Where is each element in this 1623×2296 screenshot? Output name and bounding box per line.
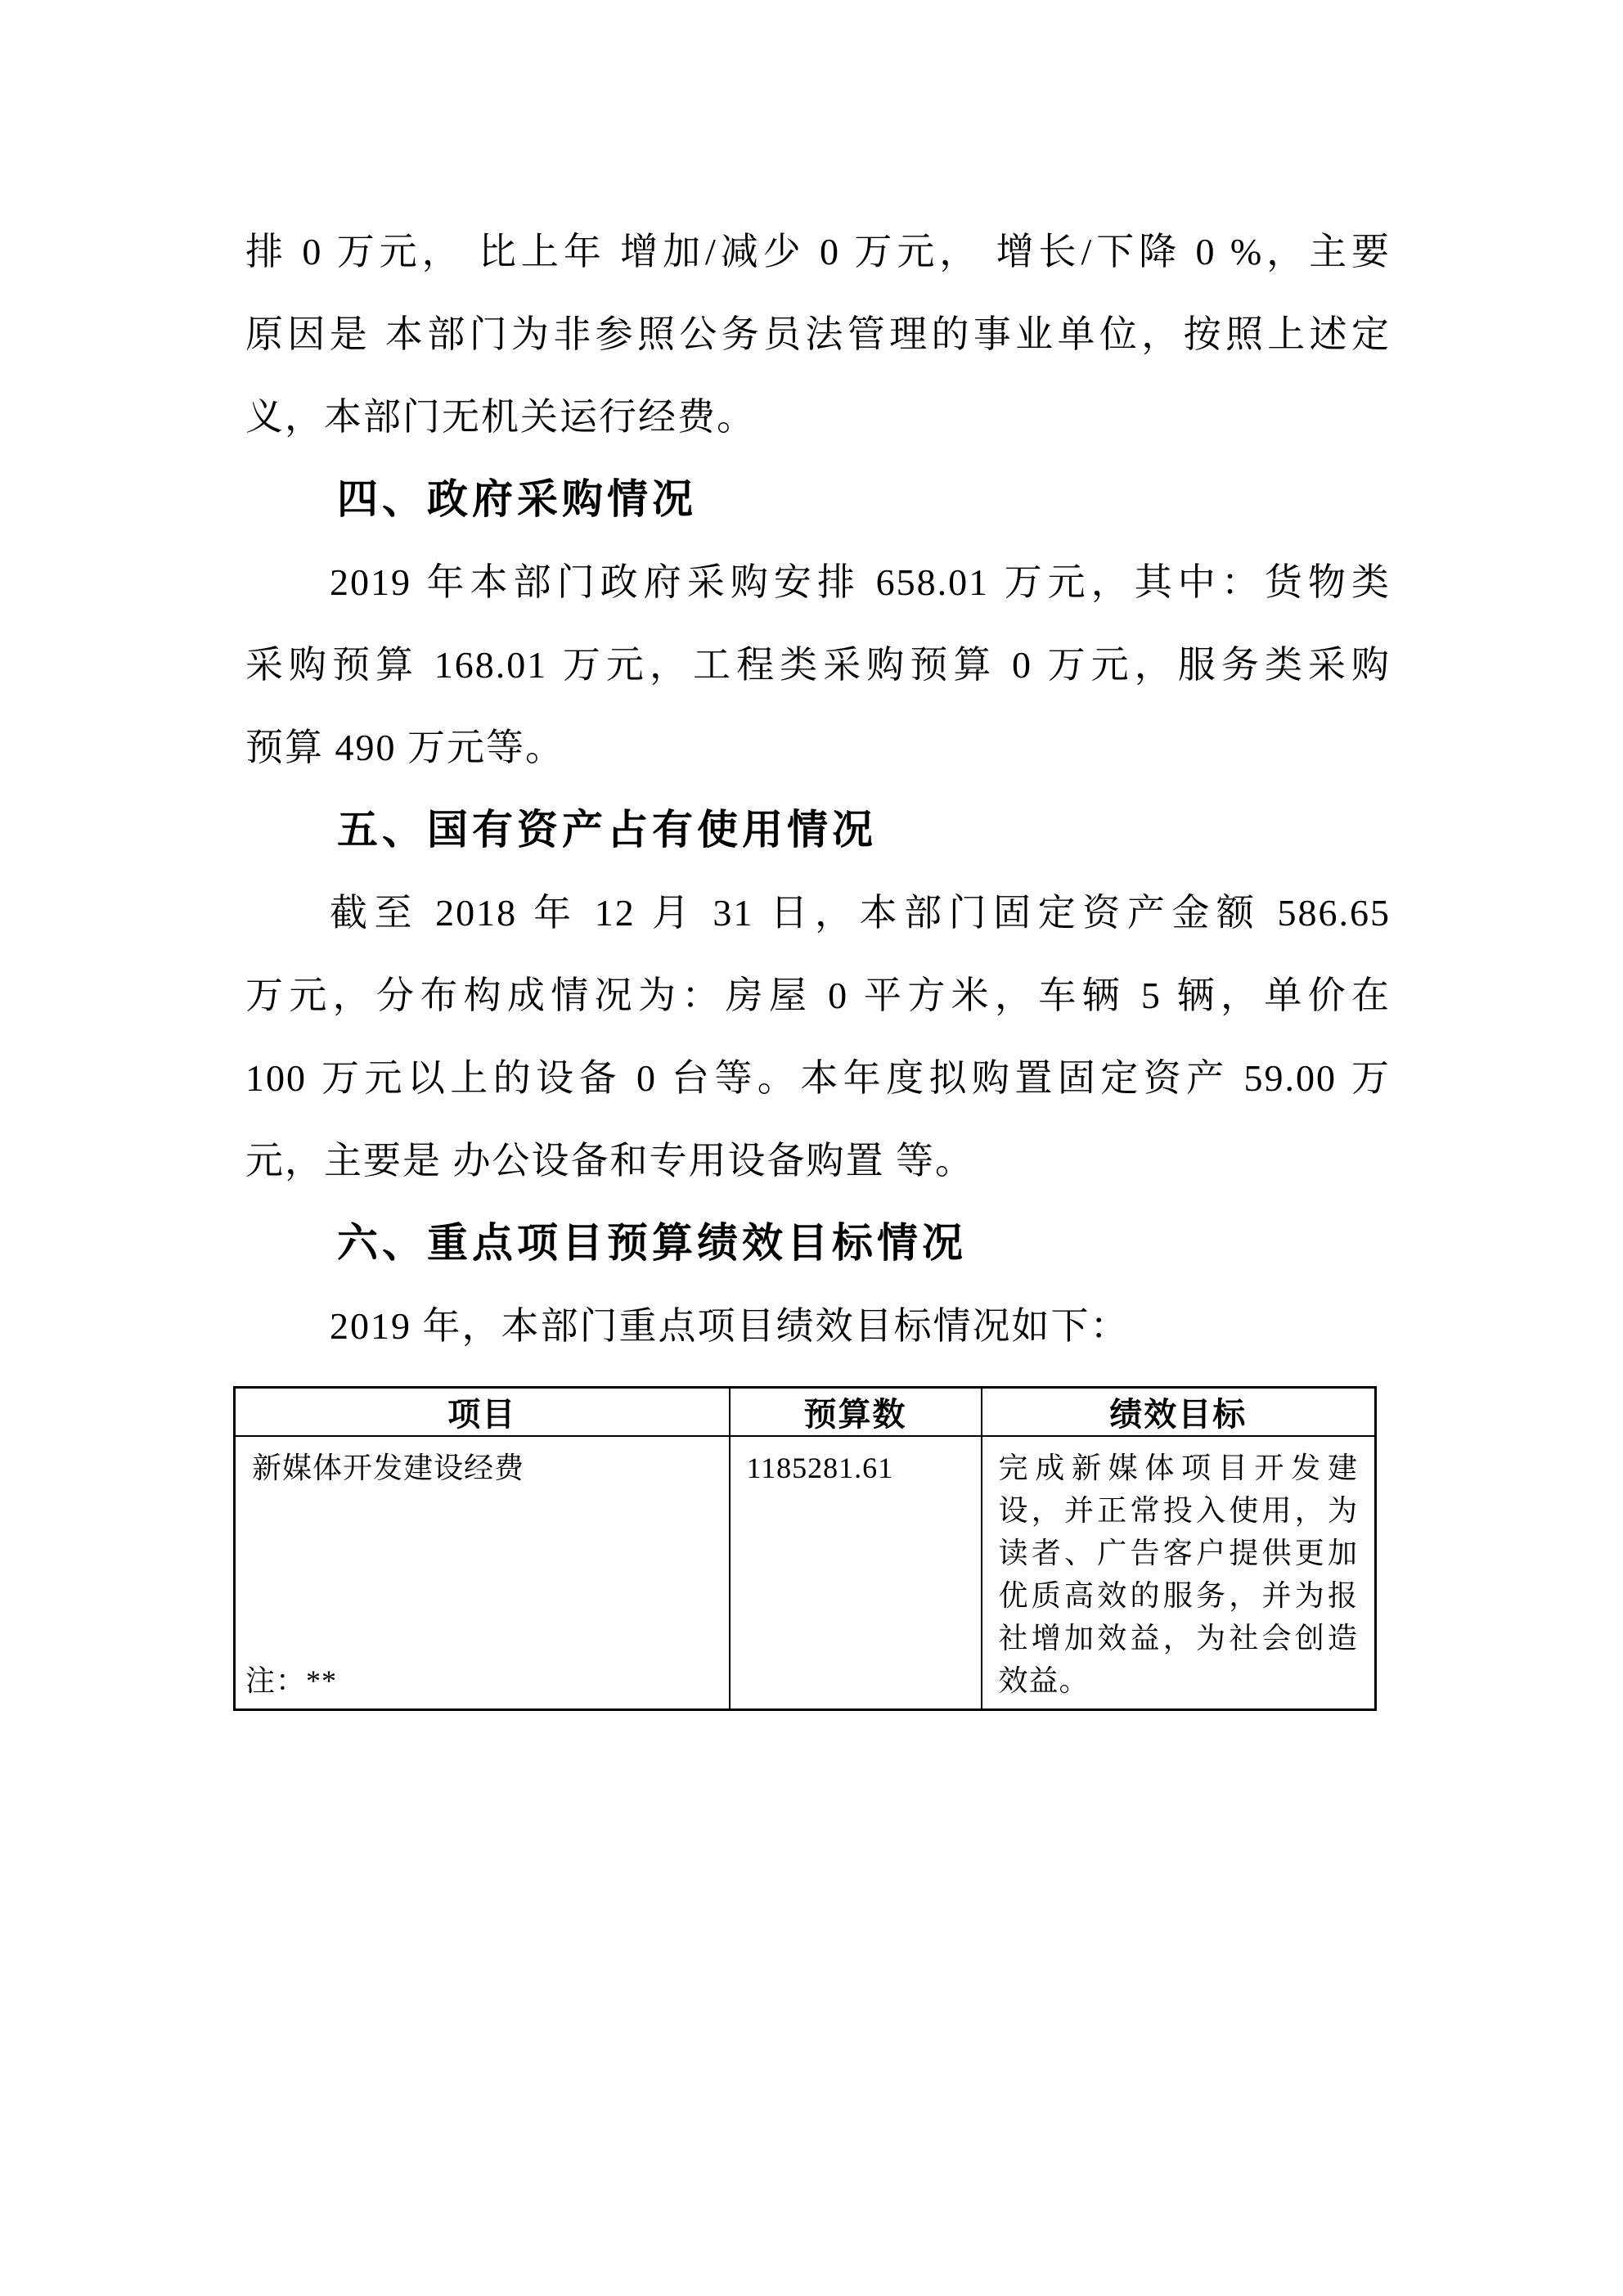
table-header-target: 绩效目标 (982, 1388, 1376, 1437)
body-line: 2019 年本部门政府采购安排 658.01 万元，其中：货物类 (245, 541, 1391, 624)
table-header-budget: 预算数 (730, 1388, 982, 1437)
performance-target-table: 项目 预算数 绩效目标 新媒体开发建设经费 1185281.61 完成新媒体项目… (233, 1386, 1377, 1711)
body-line: 义，本部门无机关运行经费。 (245, 376, 1391, 458)
table-header-project: 项目 (235, 1388, 730, 1437)
table-cell-budget: 1185281.61 (730, 1436, 982, 1710)
body-line: 万元，分布构成情况为：房屋 0 平方米，车辆 5 辆，单价在 (245, 954, 1391, 1037)
body-line: 采购预算 168.01 万元，工程类采购预算 0 万元，服务类采购 (245, 624, 1391, 706)
section-heading-4: 四、政府采购情况 (245, 458, 1391, 541)
section-heading-5: 五、国有资产占有使用情况 (245, 789, 1391, 871)
body-line: 排 0 万元， 比上年 增加/减少 0 万元， 增长/下降 0 %，主要 (245, 210, 1391, 293)
body-line: 截至 2018 年 12 月 31 日，本部门固定资产金额 586.65 (245, 871, 1391, 954)
document-page: 排 0 万元， 比上年 增加/减少 0 万元， 增长/下降 0 %，主要 原因是… (0, 0, 1623, 2296)
table-row: 新媒体开发建设经费 1185281.61 完成新媒体项目开发建设，并正常投入使用… (235, 1436, 1376, 1710)
table-header-row: 项目 预算数 绩效目标 (235, 1388, 1376, 1437)
section-heading-6: 六、重点项目预算绩效目标情况 (245, 1202, 1391, 1285)
body-text: 排 0 万元， 比上年 增加/减少 0 万元， 增长/下降 0 %，主要 原因是… (245, 210, 1391, 1367)
body-line: 预算 490 万元等。 (245, 706, 1391, 789)
body-line: 100 万元以上的设备 0 台等。本年度拟购置固定资产 59.00 万 (245, 1037, 1391, 1119)
body-line: 元，主要是 办公设备和专用设备购置 等。 (245, 1119, 1391, 1202)
body-line: 2019 年，本部门重点项目绩效目标情况如下： (245, 1285, 1391, 1367)
body-line: 原因是 本部门为非参照公务员法管理的事业单位，按照上述定 (245, 293, 1391, 376)
footnote: 注：** (245, 1658, 337, 1699)
table-cell-target: 完成新媒体项目开发建设，并正常投入使用，为读者、广告客户提供更加优质高效的服务，… (982, 1436, 1376, 1710)
